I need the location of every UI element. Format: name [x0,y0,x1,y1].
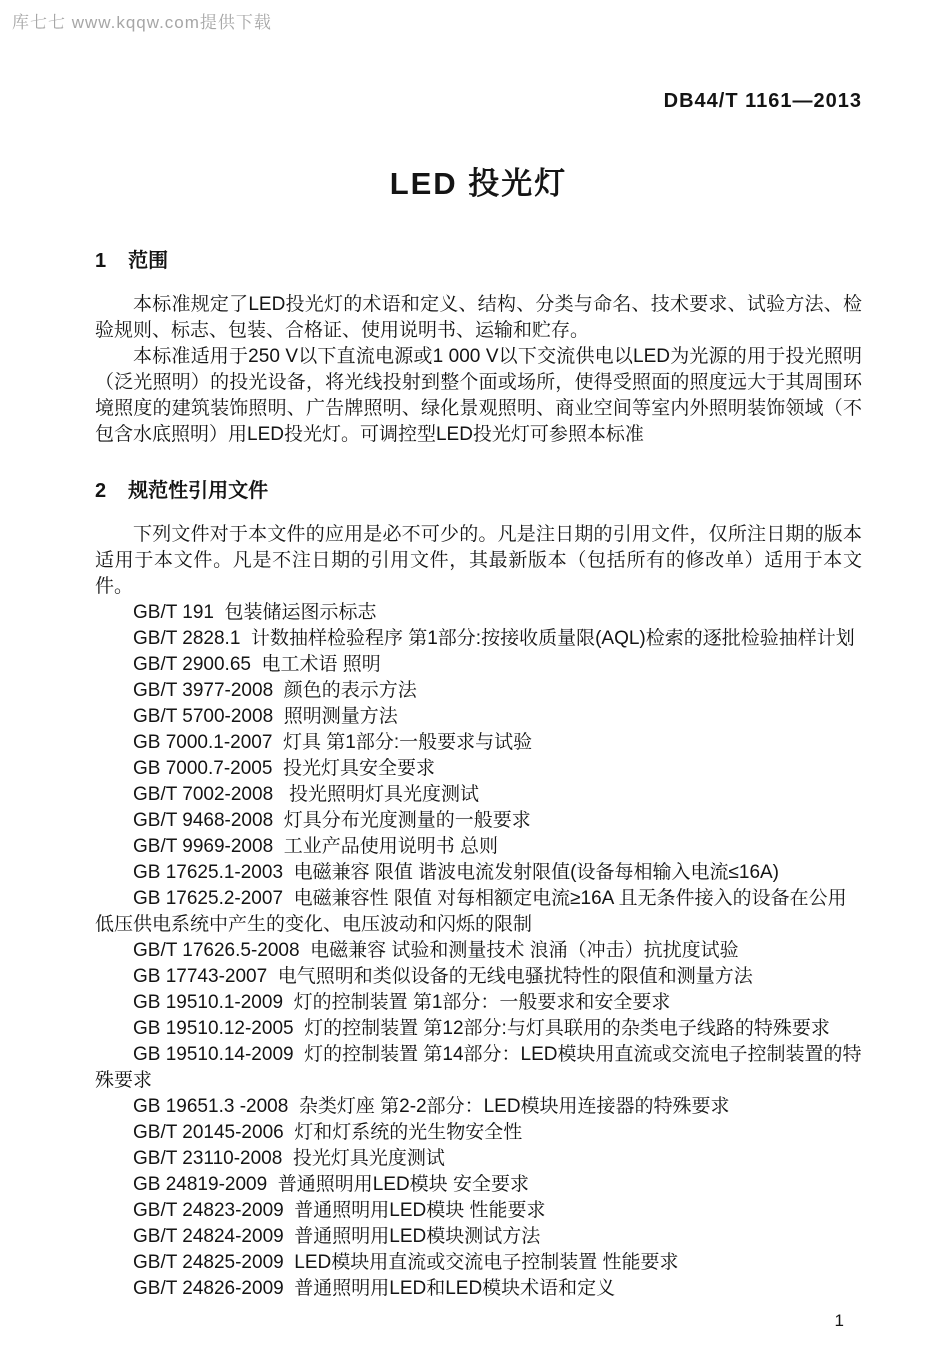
reference-item: GB 19651.3 -2008 杂类灯座 第2-2部分：LED模块用连接器的特… [95,1094,862,1120]
section-1-number: 1 [95,248,106,274]
section-2-title: 规范性引用文件 [128,480,268,502]
reference-item: GB/T 24824-2009 普通照明用LED模块测试方法 [95,1224,862,1250]
section-2-heading: 2规范性引用文件 [95,478,862,504]
reference-item: GB/T 24823-2009 普通照明用LED模块 性能要求 [95,1198,862,1224]
reference-item: GB 19510.14-2009 灯的控制装置 第14部分：LED模块用直流或交… [95,1042,862,1094]
reference-item: GB/T 2828.1 计数抽样检验程序 第1部分:按接收质量限(AQL)检索的… [95,626,862,652]
section-1-paragraph-2: 本标准适用于250 V以下直流电源或1 000 V以下交流供电以LED为光源的用… [95,344,862,448]
reference-item: GB/T 9468-2008 灯具分布光度测量的一般要求 [95,808,862,834]
reference-list: GB/T 191 包装储运图示标志 GB/T 2828.1 计数抽样检验程序 第… [95,600,862,1302]
reference-item: GB/T 20145-2006 灯和灯系统的光生物安全性 [95,1120,862,1146]
section-1-title: 范围 [128,250,168,272]
reference-item: GB/T 17626.5-2008 电磁兼容 试验和测量技术 浪涌（冲击）抗扰度… [95,938,862,964]
reference-item: GB 17625.2-2007 电磁兼容性 限值 对每相额定电流≥16A 且无条… [95,886,862,938]
document-page: 库七七 www.kqqw.com提供下载 DB44/T 1161—2013 LE… [0,0,950,1345]
reference-item: GB 24819-2009 普通照明用LED模块 安全要求 [95,1172,862,1198]
section-2-paragraph-1: 下列文件对于本文件的应用是必不可少的。凡是注日期的引用文件，仅所注日期的版本适用… [95,522,862,600]
reference-item: GB/T 23110-2008 投光灯具光度测试 [95,1146,862,1172]
reference-item: GB/T 24826-2009 普通照明用LED和LED模块术语和定义 [95,1276,862,1302]
reference-item: GB/T 2900.65 电工术语 照明 [95,652,862,678]
section-1-heading: 1范围 [95,248,862,274]
section-2-number: 2 [95,478,106,504]
reference-item: GB/T 5700-2008 照明测量方法 [95,704,862,730]
reference-item: GB 7000.1-2007 灯具 第1部分:一般要求与试验 [95,730,862,756]
reference-item: GB/T 191 包装储运图示标志 [95,600,862,626]
section-1-paragraph-1: 本标准规定了LED投光灯的术语和定义、结构、分类与命名、技术要求、试验方法、检验… [95,292,862,344]
reference-item: GB/T 7002-2008 投光照明灯具光度测试 [95,782,862,808]
reference-item: GB 19510.12-2005 灯的控制装置 第12部分:与灯具联用的杂类电子… [95,1016,862,1042]
content-column: DB44/T 1161—2013 LED 投光灯 1范围 本标准规定了LED投光… [95,0,862,1334]
reference-item: GB/T 3977-2008 颜色的表示方法 [95,678,862,704]
reference-item: GB 17625.1-2003 电磁兼容 限值 谐波电流发射限值(设备每相输入电… [95,860,862,886]
reference-item: GB 17743-2007 电气照明和类似设备的无线电骚扰特性的限值和测量方法 [95,964,862,990]
reference-item: GB 19510.1-2009 灯的控制装置 第1部分：一般要求和安全要求 [95,990,862,1016]
reference-item: GB/T 24825-2009 LED模块用直流或交流电子控制装置 性能要求 [95,1250,862,1276]
page-number: 1 [95,1308,862,1334]
watermark-text: 库七七 www.kqqw.com提供下载 [12,8,272,33]
document-title: LED 投光灯 [95,164,862,204]
reference-item: GB/T 9969-2008 工业产品使用说明书 总则 [95,834,862,860]
reference-item: GB 7000.7-2005 投光灯具安全要求 [95,756,862,782]
